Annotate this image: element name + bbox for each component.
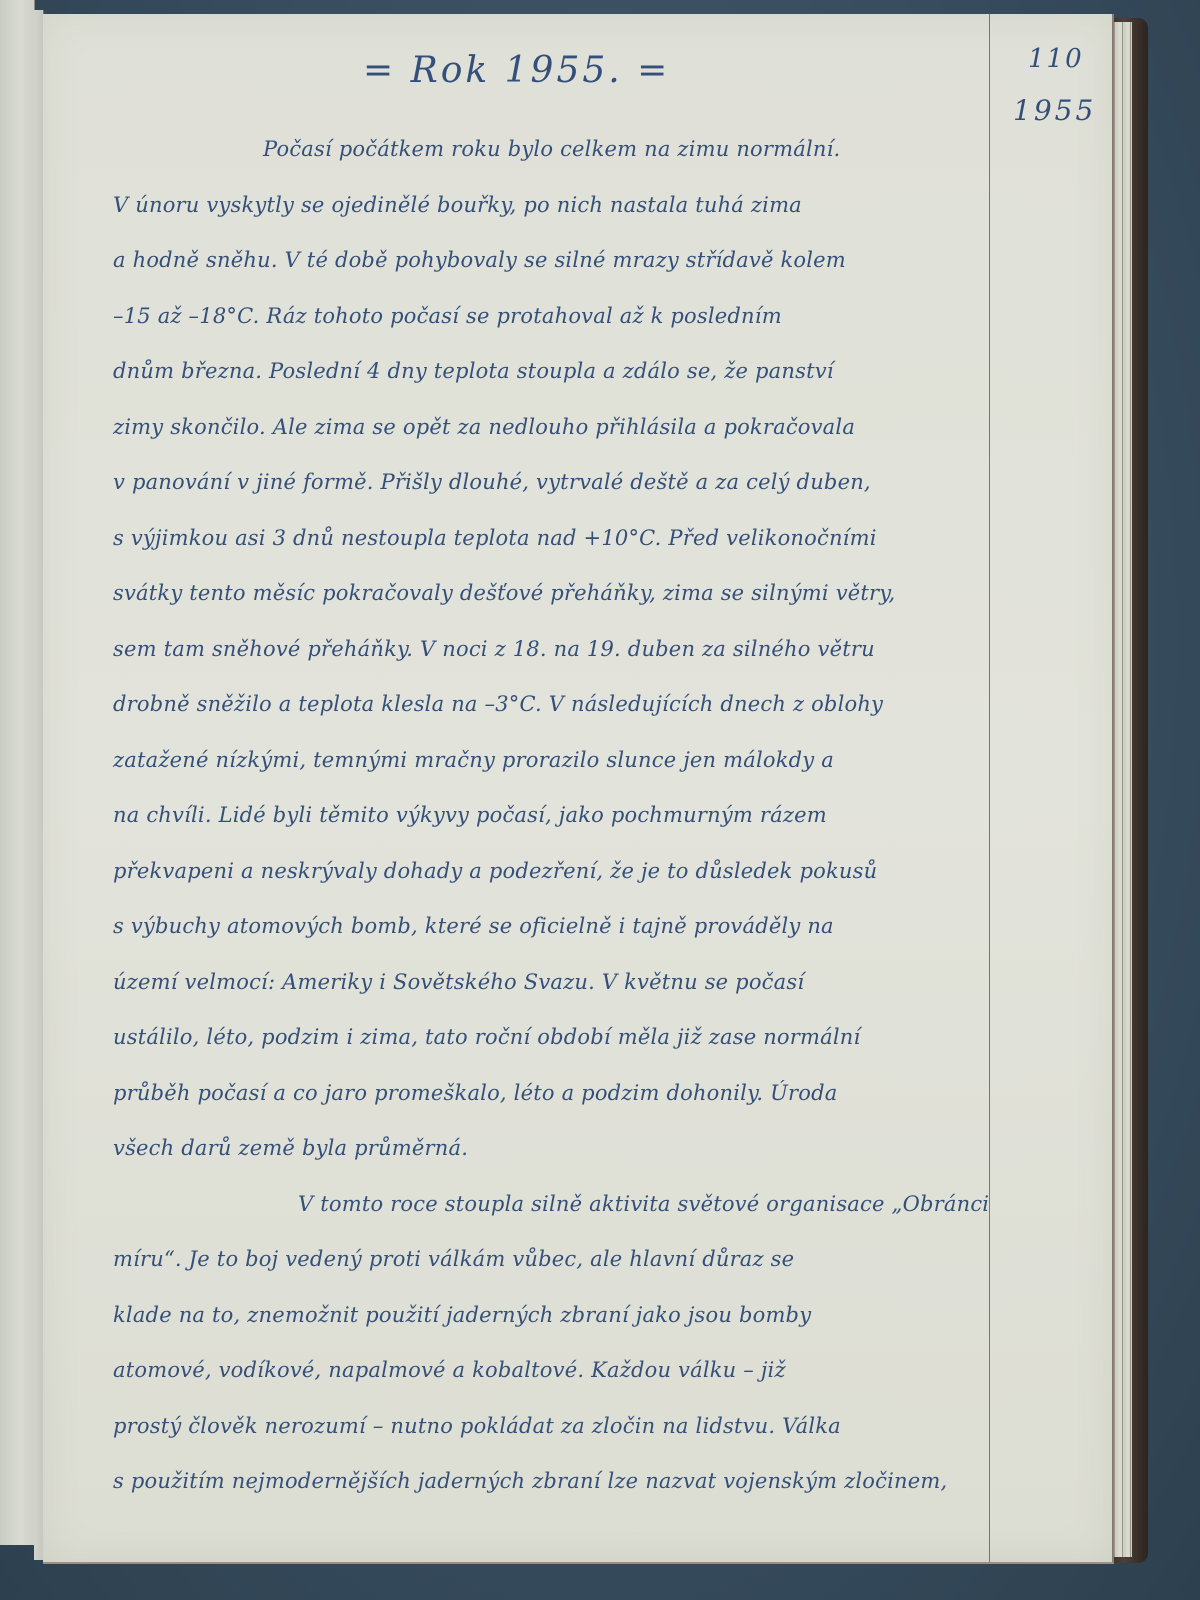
text-line: V únoru vyskytly se ojedinělé bouřky, po… bbox=[113, 178, 993, 234]
text-line: prostý člověk nerozumí – nutno pokládat … bbox=[113, 1399, 993, 1455]
text-line: průběh počasí a co jaro promeškalo, léto… bbox=[113, 1066, 993, 1122]
text-line: území velmocí: Ameriky i Sovětského Svaz… bbox=[113, 955, 993, 1011]
text-line: s výbuchy atomových bomb, které se ofici… bbox=[113, 899, 993, 955]
text-line: Počasí počátkem roku bylo celkem na zimu… bbox=[113, 122, 993, 178]
text-line: míru“. Je to boj vedený proti válkám vůb… bbox=[113, 1232, 993, 1288]
text-line: sem tam sněhové přeháňky. V noci z 18. n… bbox=[113, 622, 993, 678]
text-line: s použitím nejmodernějších jaderných zbr… bbox=[113, 1454, 993, 1510]
text-line: všech darů země byla průměrná. bbox=[113, 1121, 993, 1177]
text-line: v panování v jiné formě. Přišly dlouhé, … bbox=[113, 455, 993, 511]
chronicle-page: 110 1955 = Rok 1955. = Počasí počátkem r… bbox=[43, 14, 1114, 1564]
page-outer-edge-line bbox=[1112, 14, 1113, 1562]
text-line: svátky tento měsíc pokračovaly dešťové p… bbox=[113, 566, 993, 622]
left-facing-page-edge bbox=[0, 0, 35, 1545]
page-heading: = Rok 1955. = bbox=[363, 50, 670, 91]
handwritten-body: Počasí počátkem roku bylo celkem na zimu… bbox=[113, 122, 993, 1510]
text-line: klade na to, znemožnit použití jaderných… bbox=[113, 1288, 993, 1344]
page-number: 110 bbox=[1028, 44, 1084, 74]
text-line: zatažené nízkými, temnými mračny prorazi… bbox=[113, 733, 993, 789]
text-line: drobně sněžilo a teplota klesla na –3°C.… bbox=[113, 677, 993, 733]
text-line: dnům března. Poslední 4 dny teplota stou… bbox=[113, 344, 993, 400]
text-line: a hodně sněhu. V té době pohybovaly se s… bbox=[113, 233, 993, 289]
text-line: atomové, vodíkové, napalmové a kobaltové… bbox=[113, 1343, 993, 1399]
text-line: na chvíli. Lidé byli těmito výkyvy počas… bbox=[113, 788, 993, 844]
text-line: překvapeni a neskrývaly dohady a podezře… bbox=[113, 844, 993, 900]
text-line: V tomto roce stoupla silně aktivita svět… bbox=[113, 1177, 993, 1233]
text-line: zimy skončilo. Ale zima se opět za nedlo… bbox=[113, 400, 993, 456]
text-line: –15 až –18°C. Ráz tohoto počasí se prota… bbox=[113, 289, 993, 345]
text-line: s výjimkou asi 3 dnů nestoupla teplota n… bbox=[113, 511, 993, 567]
text-line: ustálilo, léto, podzim i zima, tato ročn… bbox=[113, 1010, 993, 1066]
margin-year-note: 1955 bbox=[1013, 94, 1096, 127]
